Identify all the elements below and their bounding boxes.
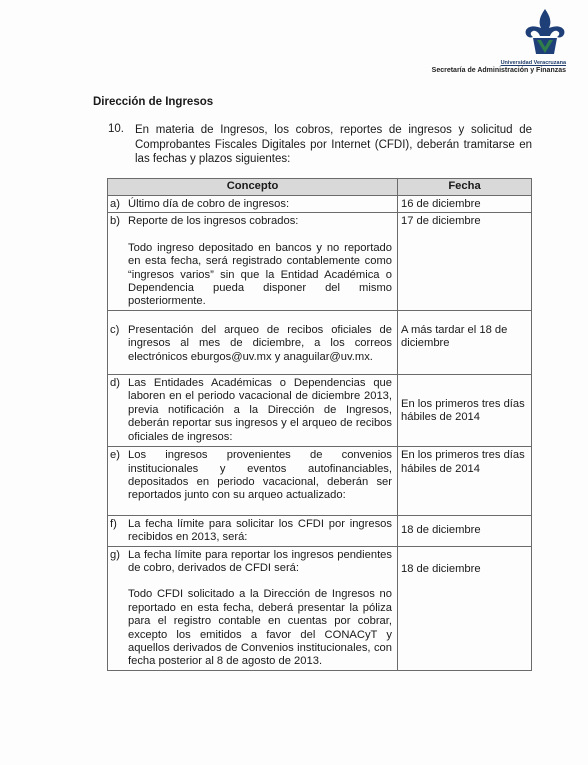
row-label: c) bbox=[110, 324, 128, 337]
row-label: d) bbox=[110, 377, 128, 390]
fecha-cell: A más tardar el 18 de diciembre bbox=[398, 310, 532, 374]
table-row: g)La fecha límite para reportar los ingr… bbox=[108, 546, 532, 670]
concepto-paragraph: Todo CFDI solicitado a la Dirección de I… bbox=[128, 588, 392, 668]
concepto-text: Los ingresos provenientes de convenios i… bbox=[128, 449, 392, 503]
fecha-cell: 16 de diciembre bbox=[398, 196, 532, 213]
fecha-cell: En los primeros tres días hábiles de 201… bbox=[398, 447, 532, 516]
department-name: Secretaría de Administración y Finanzas bbox=[432, 67, 566, 74]
concepto-text: La fecha límite para reportar los ingres… bbox=[128, 549, 392, 669]
column-header-fecha: Fecha bbox=[398, 179, 532, 196]
table-row: c)Presentación del arqueo de recibos ofi… bbox=[108, 310, 532, 374]
concepto-paragraph: Reporte de los ingresos cobrados: bbox=[128, 215, 392, 228]
concepto-paragraph: La fecha límite para solicitar los CFDI … bbox=[128, 518, 392, 545]
item-text: En materia de Ingresos, los cobros, repo… bbox=[135, 123, 532, 167]
concepto-cell: f)La fecha límite para solicitar los CFD… bbox=[108, 515, 398, 546]
concepto-text: La fecha límite para solicitar los CFDI … bbox=[128, 518, 392, 545]
section-title: Dirección de Ingresos bbox=[93, 96, 213, 108]
row-label: g) bbox=[110, 549, 128, 562]
university-logo-icon bbox=[524, 8, 566, 58]
concepto-cell: e)Los ingresos provenientes de convenios… bbox=[108, 447, 398, 516]
table-header-row: Concepto Fecha bbox=[108, 179, 532, 196]
concepto-paragraph: Los ingresos provenientes de convenios i… bbox=[128, 449, 392, 503]
table-row: a)Último día de cobro de ingresos:16 de … bbox=[108, 196, 532, 213]
item-number: 10. bbox=[108, 123, 124, 135]
fecha-cell: En los primeros tres días hábiles de 201… bbox=[398, 375, 532, 447]
concepto-paragraph: Presentación del arqueo de recibos ofici… bbox=[128, 324, 392, 364]
concepto-paragraph: Las Entidades Académicas o Dependencias … bbox=[128, 377, 392, 444]
row-label: b) bbox=[110, 215, 128, 228]
deadlines-table: Concepto Fecha a)Último día de cobro de … bbox=[107, 178, 532, 671]
concepto-text: Reporte de los ingresos cobrados:Todo in… bbox=[128, 215, 392, 308]
concepto-cell: g)La fecha límite para reportar los ingr… bbox=[108, 546, 398, 670]
university-name: Universidad Veracruzana bbox=[501, 60, 566, 66]
table-row: d)Las Entidades Académicas o Dependencia… bbox=[108, 375, 532, 447]
table-row: f)La fecha límite para solicitar los CFD… bbox=[108, 515, 532, 546]
concepto-text: Presentación del arqueo de recibos ofici… bbox=[128, 324, 392, 364]
concepto-cell: c)Presentación del arqueo de recibos ofi… bbox=[108, 310, 398, 374]
table-row: b)Reporte de los ingresos cobrados:Todo … bbox=[108, 213, 532, 310]
fecha-cell: 17 de diciembre bbox=[398, 213, 532, 310]
table-row: e)Los ingresos provenientes de convenios… bbox=[108, 447, 532, 516]
concepto-cell: b)Reporte de los ingresos cobrados:Todo … bbox=[108, 213, 398, 310]
fecha-cell: 18 de diciembre bbox=[398, 515, 532, 546]
row-label: e) bbox=[110, 449, 128, 462]
concepto-cell: d)Las Entidades Académicas o Dependencia… bbox=[108, 375, 398, 447]
row-label: f) bbox=[110, 518, 128, 531]
column-header-concepto: Concepto bbox=[108, 179, 398, 196]
concepto-paragraph: La fecha límite para reportar los ingres… bbox=[128, 549, 392, 576]
fecha-cell: 18 de diciembre bbox=[398, 546, 532, 670]
concepto-paragraph: Último día de cobro de ingresos: bbox=[128, 198, 392, 211]
concepto-text: Último día de cobro de ingresos: bbox=[128, 198, 392, 211]
concepto-cell: a)Último día de cobro de ingresos: bbox=[108, 196, 398, 213]
row-label: a) bbox=[110, 198, 128, 211]
concepto-text: Las Entidades Académicas o Dependencias … bbox=[128, 377, 392, 444]
concepto-paragraph: Todo ingreso depositado en bancos y no r… bbox=[128, 242, 392, 309]
